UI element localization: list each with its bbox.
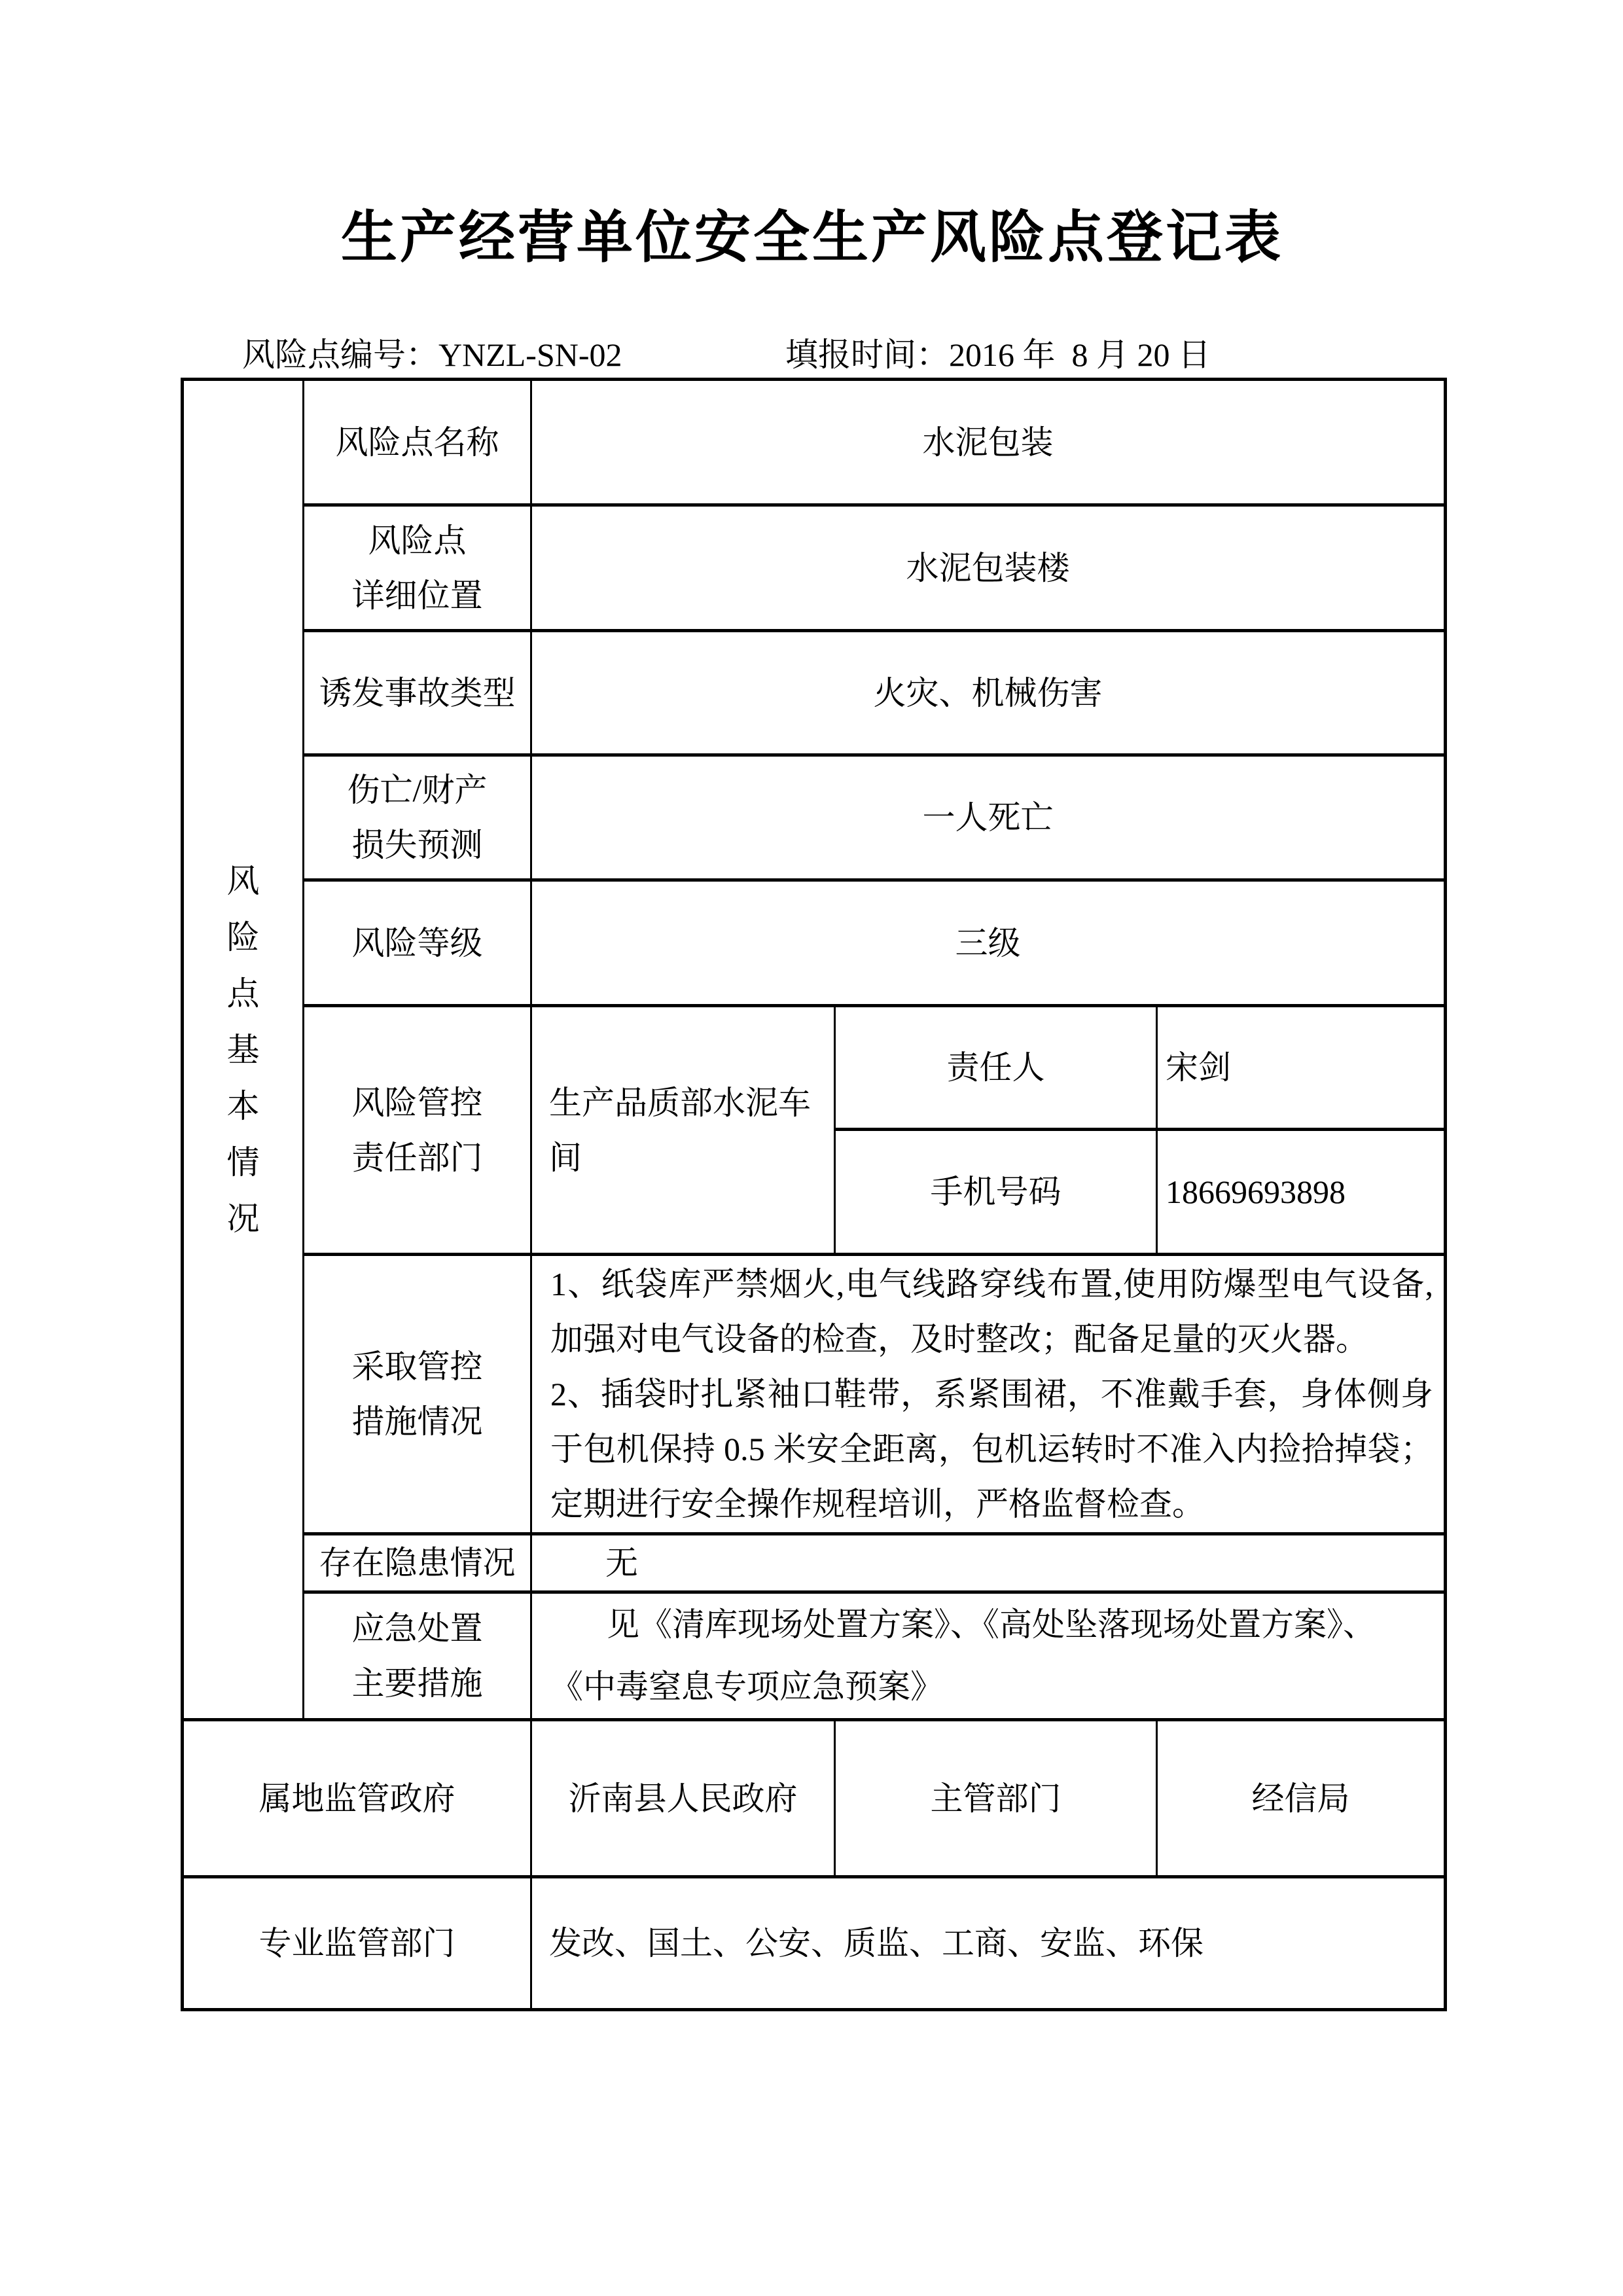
section-label: 风险点基本情况 bbox=[226, 853, 261, 1247]
value-control-measures: 1、纸袋库严禁烟火,电气线路穿线布置,使用防爆型电气设备,加强对电气设备的检查，… bbox=[531, 1255, 1446, 1534]
row-risk-level: 风险等级 三级 bbox=[183, 880, 1446, 1006]
value-risk-level: 三级 bbox=[531, 880, 1446, 1006]
value-loss-forecast: 一人死亡 bbox=[531, 755, 1446, 880]
row-local-gov: 属地监管政府 沂南县人民政府 主管部门 经信局 bbox=[183, 1720, 1446, 1877]
risk-point-number: 风险点编号：YNZL-SN-02 bbox=[242, 335, 622, 374]
section-label-cell: 风险点基本情况 bbox=[183, 380, 304, 1720]
label-local-gov: 属地监管政府 bbox=[183, 1720, 531, 1877]
label-phone: 手机号码 bbox=[835, 1130, 1157, 1255]
row-risk-name: 风险点基本情况 风险点名称 水泥包装 bbox=[183, 380, 1446, 505]
value-responsible-person: 宋剑 bbox=[1157, 1006, 1446, 1130]
page-title: 生产经营单位安全生产风险点登记表 bbox=[181, 0, 1444, 267]
label-risk-location: 风险点 详细位置 bbox=[304, 505, 531, 631]
value-prof-supervision: 发改、国土、公安、质监、工商、安监、环保 bbox=[531, 1877, 1446, 2010]
label-emergency-measures: 应急处置 主要措施 bbox=[304, 1592, 531, 1720]
row-hidden-danger: 存在隐患情况 无 bbox=[183, 1534, 1446, 1592]
row-emergency-measures: 应急处置 主要措施 见《清库现场处置方案》、《高处坠落现场处置方案》、 《中毒窒… bbox=[183, 1592, 1446, 1720]
label-hidden-danger: 存在隐患情况 bbox=[304, 1534, 531, 1592]
fill-time: 填报时间：2016 年 8 月 20 日 bbox=[785, 335, 1211, 374]
row-risk-location: 风险点 详细位置 水泥包装楼 bbox=[183, 505, 1446, 631]
row-control-dept-responsible: 风险管控 责任部门 生产品质部水泥车间 责任人 宋剑 bbox=[183, 1006, 1446, 1130]
label-risk-name: 风险点名称 bbox=[304, 380, 531, 505]
row-accident-type: 诱发事故类型 火灾、机械伤害 bbox=[183, 631, 1446, 755]
risk-register-table: 风险点基本情况 风险点名称 水泥包装 风险点 详细位置 水泥包装楼 诱发事故类型… bbox=[181, 378, 1447, 2011]
label-risk-level: 风险等级 bbox=[304, 880, 531, 1006]
label-control-measures: 采取管控 措施情况 bbox=[304, 1255, 531, 1534]
value-risk-location: 水泥包装楼 bbox=[531, 505, 1446, 631]
label-loss-forecast: 伤亡/财产 损失预测 bbox=[304, 755, 531, 880]
value-emergency-measures: 见《清库现场处置方案》、《高处坠落现场处置方案》、 《中毒窒息专项应急预案》 bbox=[531, 1592, 1446, 1720]
value-phone: 18669693898 bbox=[1157, 1130, 1446, 1255]
meta-line: 风险点编号：YNZL-SN-02 填报时间：2016 年 8 月 20 日 bbox=[181, 335, 1444, 374]
value-competent-dept: 经信局 bbox=[1157, 1720, 1446, 1877]
label-prof-supervision: 专业监管部门 bbox=[183, 1877, 531, 2010]
value-accident-type: 火灾、机械伤害 bbox=[531, 631, 1446, 755]
row-loss-forecast: 伤亡/财产 损失预测 一人死亡 bbox=[183, 755, 1446, 880]
label-accident-type: 诱发事故类型 bbox=[304, 631, 531, 755]
label-competent-dept: 主管部门 bbox=[835, 1720, 1157, 1877]
row-prof-supervision: 专业监管部门 发改、国土、公安、质监、工商、安监、环保 bbox=[183, 1877, 1446, 2010]
value-risk-name: 水泥包装 bbox=[531, 380, 1446, 505]
label-responsible-person: 责任人 bbox=[835, 1006, 1157, 1130]
label-control-dept: 风险管控 责任部门 bbox=[304, 1006, 531, 1255]
document-page: 生产经营单位安全生产风险点登记表 风险点编号：YNZL-SN-02 填报时间：2… bbox=[181, 0, 1444, 2011]
row-control-measures: 采取管控 措施情况 1、纸袋库严禁烟火,电气线路穿线布置,使用防爆型电气设备,加… bbox=[183, 1255, 1446, 1534]
value-hidden-danger: 无 bbox=[531, 1534, 1446, 1592]
value-control-dept: 生产品质部水泥车间 bbox=[531, 1006, 835, 1255]
value-local-gov: 沂南县人民政府 bbox=[531, 1720, 835, 1877]
